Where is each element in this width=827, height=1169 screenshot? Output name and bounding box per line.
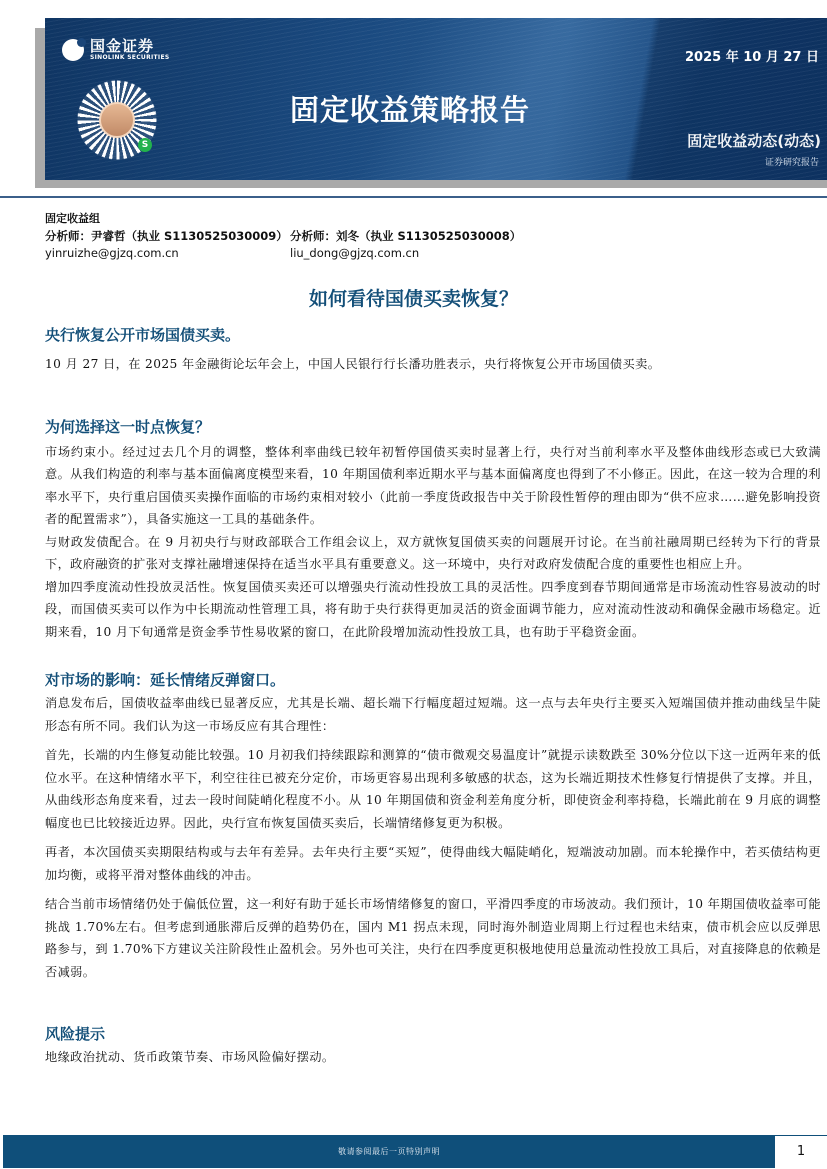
brand-name-en: SINOLINK SECURITIES [90, 54, 169, 62]
section-heading: 对市场的影响：延长情绪反弹窗口。 [45, 669, 821, 691]
analyst-2: 分析师：刘冬（执业 S1130525030008） [290, 228, 521, 244]
sinolink-logo-icon [62, 39, 84, 61]
paragraph: 结合当前市场情绪仍处于偏低位置，这一利好有助于延长市场情绪修复的窗口，平滑四季度… [45, 893, 821, 983]
section-pboc-resumes: 央行恢复公开市场国债买卖。 10 月 27 日，在 2025 年金融街论坛年会上… [45, 324, 821, 376]
paragraph: 再者，本次国债买卖期限结构或与去年有差异。去年央行主要“买短”，使得曲线大幅陡峭… [45, 841, 821, 886]
section-heading: 风险提示 [45, 1023, 821, 1045]
paragraph: 10 月 27 日，在 2025 年金融街论坛年会上，中国人民银行行长潘功胜表示… [45, 353, 821, 376]
page-number: 1 [775, 1135, 827, 1168]
wechat-mini-program-icon: S [138, 138, 152, 152]
analyst-2-email-link[interactable]: liu_dong@gjzq.com.cn [290, 246, 419, 260]
paragraph: 地缘政治扰动、货币政策节奏、市场风险偏好摆动。 [45, 1046, 821, 1069]
analyst-1: 分析师：尹睿哲（执业 S1130525030009） [45, 228, 288, 244]
paragraph: 增加四季度流动性投放灵活性。恢复国债买卖还可以增强央行流动性投放工具的灵活性。四… [45, 576, 821, 644]
section-heading: 为何选择这一时点恢复？ [45, 416, 821, 438]
footer-bar: 敬请参阅最后一页特别声明 [3, 1135, 775, 1168]
brand-logo: 国金证券 SINOLINK SECURITIES [62, 38, 169, 62]
section-risk-warning: 风险提示 地缘政治扰动、货币政策节奏、市场风险偏好摆动。 [45, 1023, 821, 1069]
report-body: 央行恢复公开市场国债买卖。 10 月 27 日，在 2025 年金融街论坛年会上… [45, 324, 821, 1069]
report-banner: 国金证券 SINOLINK SECURITIES S 固定收益策略报告 2025… [45, 18, 827, 180]
report-type: 证券研究报告 [765, 155, 819, 168]
analyst-1-email-link[interactable]: yinruizhe@gjzq.com.cn [45, 246, 179, 260]
paragraph: 市场约束小。经过过去几个月的调整，整体利率曲线已较年初暂停国债买卖时显著上行，央… [45, 441, 821, 531]
section-market-impact: 对市场的影响：延长情绪反弹窗口。 消息发布后，国债收益率曲线已显著反应，尤其是长… [45, 669, 821, 983]
document-title: 如何看待国债买卖恢复？ [0, 284, 827, 311]
report-series-title: 固定收益策略报告 [290, 88, 530, 129]
paragraph: 消息发布后，国债收益率曲线已显著反应，尤其是长端、超长端下行幅度超过短端。这一点… [45, 692, 821, 737]
report-subtitle: 固定收益动态(动态) [687, 130, 821, 151]
report-date: 2025 年 10 月 27 日 [685, 46, 819, 65]
paragraph: 首先，长端的内生修复动能比较强。10 月初我们持续跟踪和测算的“债市微观交易温度… [45, 744, 821, 834]
section-why-now: 为何选择这一时点恢复？ 市场约束小。经过过去几个月的调整，整体利率曲线已较年初暂… [45, 416, 821, 644]
paragraph: 与财政发债配合。在 9 月初央行与财政部联合工作组会议上，双方就恢复国债买卖的问… [45, 531, 821, 576]
disclaimer-note: 敬请参阅最后一页特别声明 [338, 1146, 440, 1157]
qr-center-emblem-icon [99, 102, 135, 138]
brand-name-cn: 国金证券 [90, 38, 169, 54]
research-team: 固定收益组 [45, 210, 100, 226]
header-divider [0, 196, 827, 198]
section-heading: 央行恢复公开市场国债买卖。 [45, 324, 821, 346]
